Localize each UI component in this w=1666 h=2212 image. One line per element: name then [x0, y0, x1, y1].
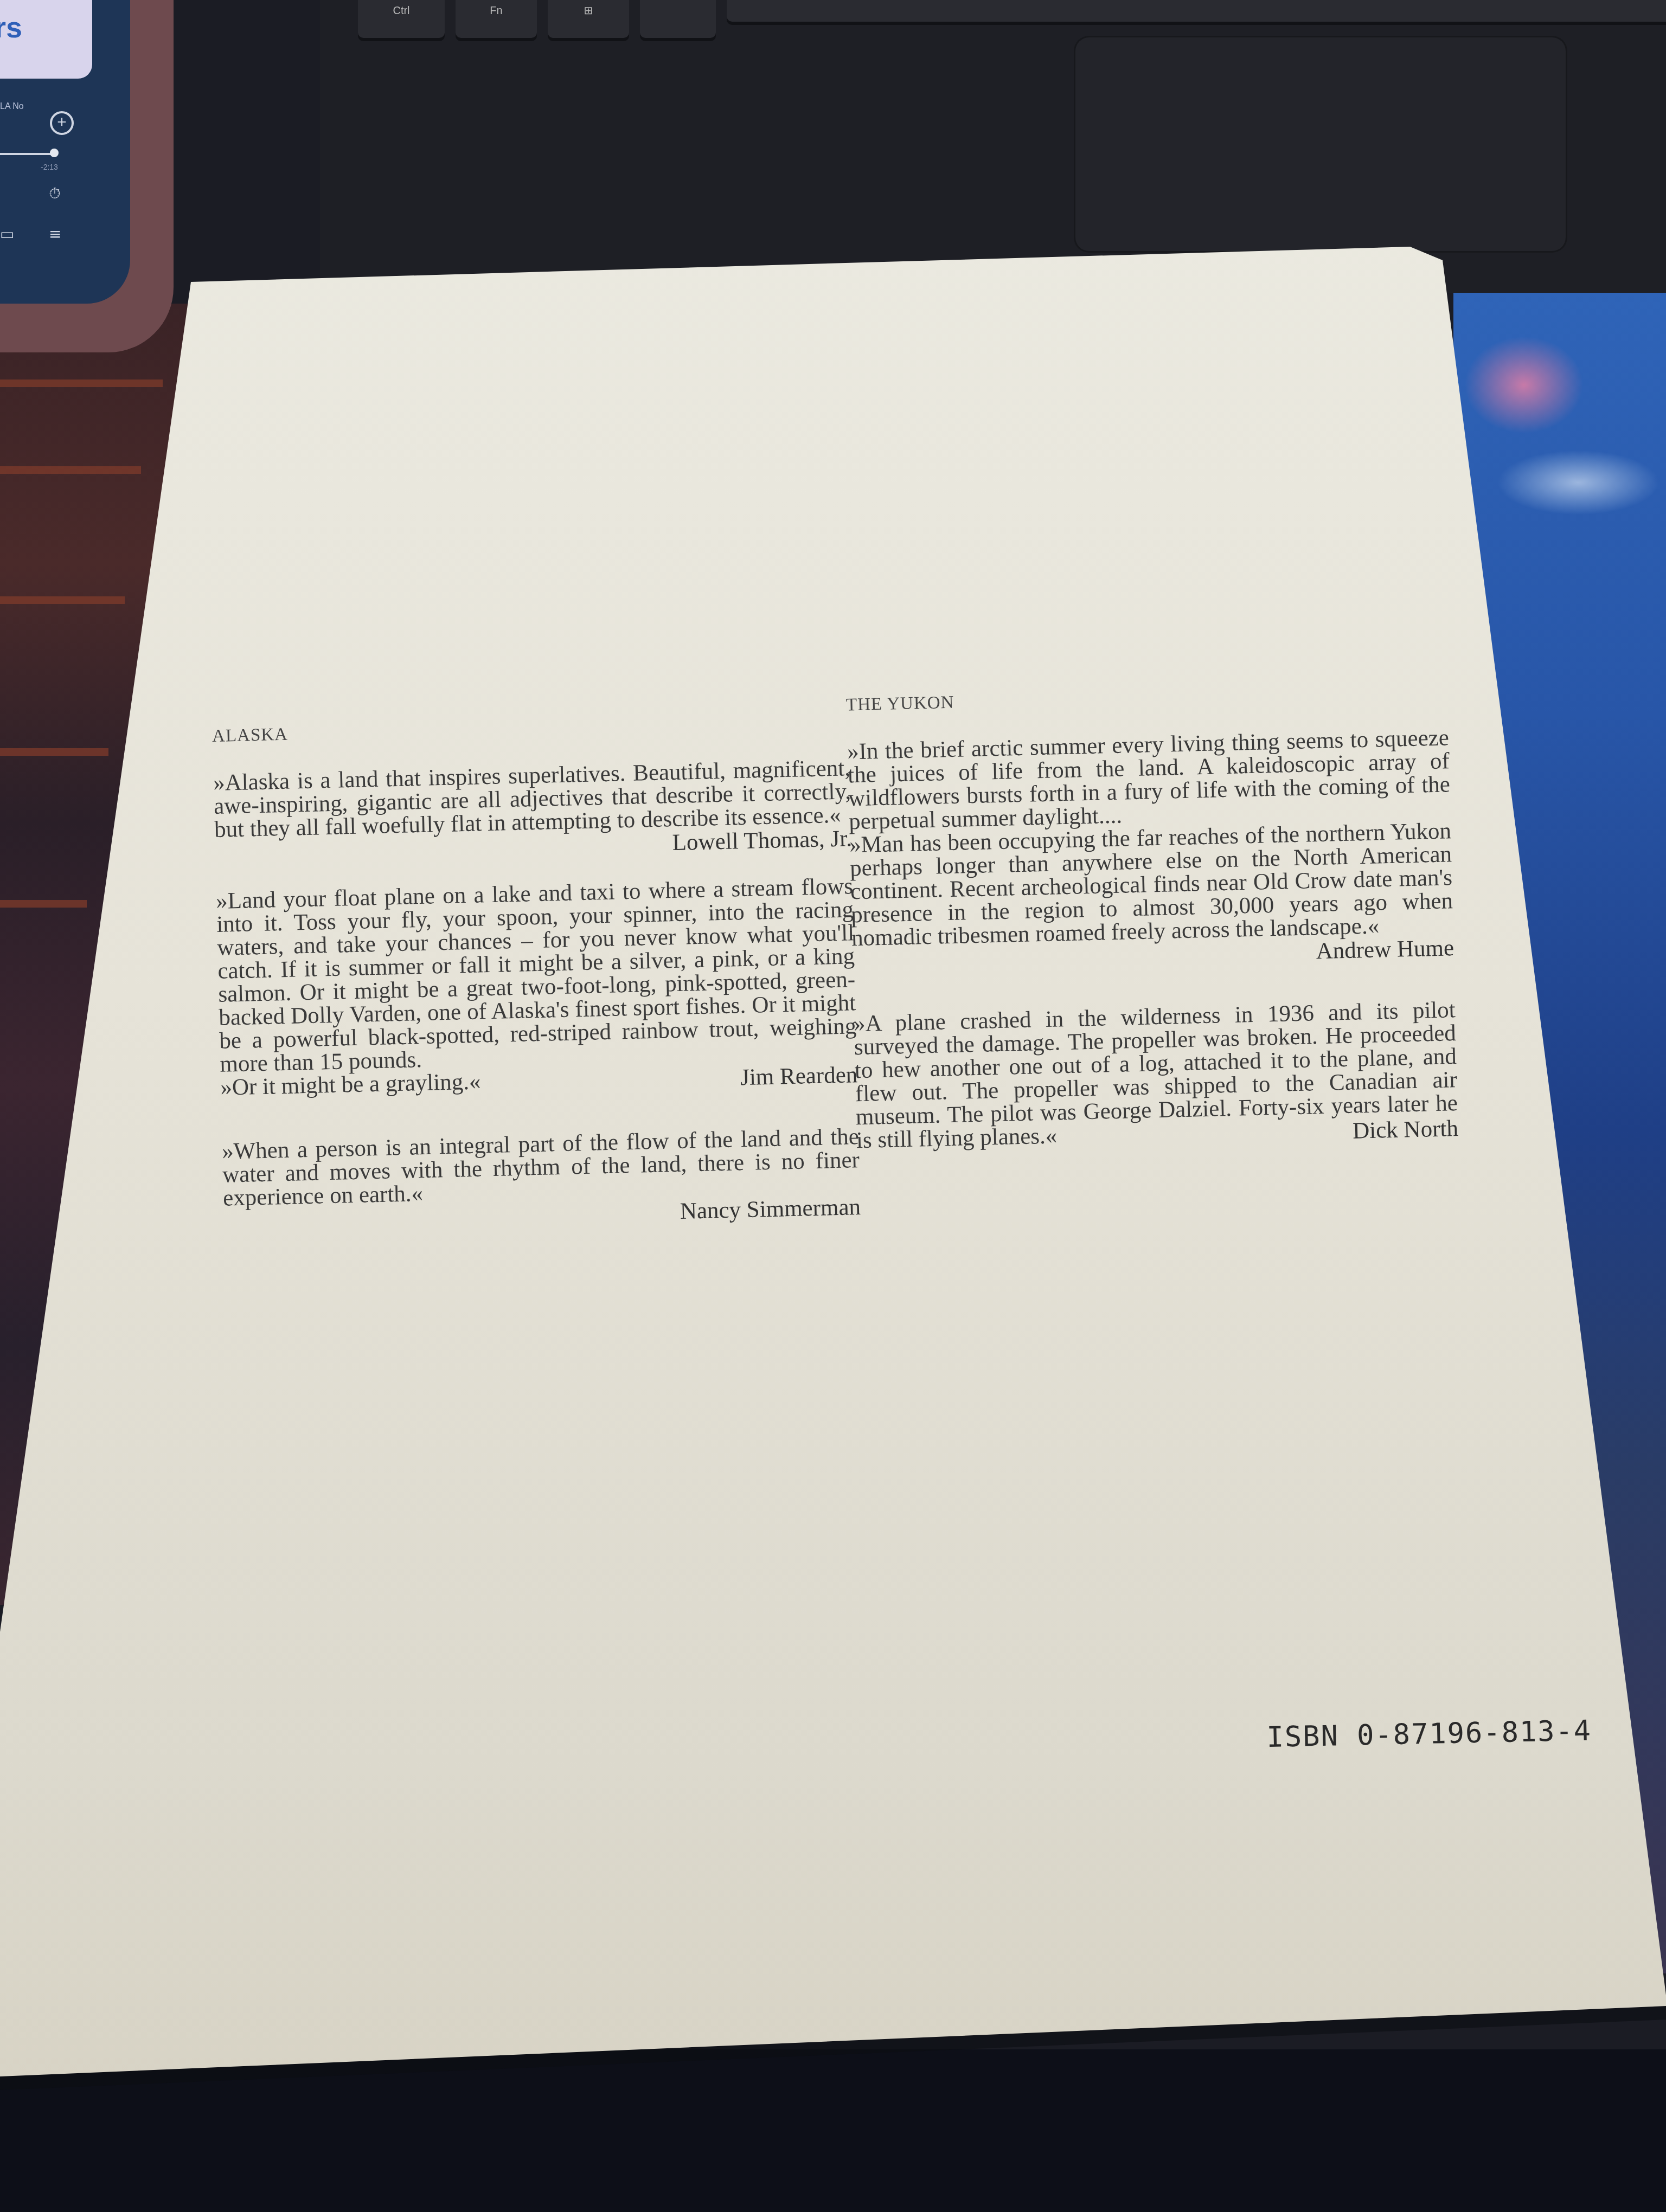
artist-label: LA No — [0, 102, 24, 112]
laptop-keyboard: Ctrl Fn ⊞ — [320, 0, 1666, 293]
quote-block: »Alaska is a land that inspires superlat… — [213, 756, 853, 866]
alaska-heading: ALASKA — [212, 711, 850, 747]
quote-block: »A plane crashed in the wilderness in 19… — [853, 998, 1458, 1155]
queue-icon[interactable]: ≡ — [49, 225, 61, 243]
album-title: rs — [0, 11, 22, 44]
phone[interactable]: rs LA No + -2:13 ⏱ ▭ ≡ — [0, 0, 174, 352]
add-circle-icon[interactable]: + — [50, 111, 74, 135]
playback-slider-thumb[interactable] — [50, 149, 59, 157]
alaska-column: ALASKA »Alaska is a land that inspires s… — [212, 711, 861, 1234]
cast-icon[interactable]: ▭ — [0, 225, 14, 243]
quote-text: »Man has been occupying the far reaches … — [849, 819, 1454, 950]
isbn-number: ISBN 0-87196-813-4 — [1266, 1714, 1592, 1754]
ctrl-key-label: Ctrl — [393, 5, 409, 17]
quote-block: »In the brief arctic summer every living… — [847, 726, 1454, 974]
quote-text: »Land your float plane on a lake and tax… — [216, 874, 857, 1076]
alt-key[interactable] — [640, 0, 716, 38]
yukon-column: THE YUKON »In the brief arctic summer ev… — [846, 681, 1459, 1155]
quote-text: »In the brief arctic summer every living… — [847, 726, 1451, 833]
timer-icon[interactable]: ⏱ — [49, 184, 61, 203]
phone-screen[interactable]: rs LA No + -2:13 ⏱ ▭ ≡ — [0, 0, 130, 304]
spacebar[interactable] — [727, 0, 1666, 22]
time-remaining: -2:13 — [41, 163, 58, 171]
pink-cloud-art — [1464, 336, 1584, 434]
trackpad[interactable] — [1074, 36, 1567, 253]
windows-key[interactable]: ⊞ — [548, 0, 629, 38]
quote-block: »When a person is an integral part of th… — [222, 1125, 861, 1234]
fn-key[interactable]: Fn — [456, 0, 537, 38]
cover-text: ALASKA »Alaska is a land that inspires s… — [212, 679, 1537, 1740]
ctrl-key[interactable]: Ctrl — [358, 0, 445, 38]
cloud-art — [1497, 450, 1659, 515]
fn-key-label: Fn — [490, 5, 502, 17]
album-art: rs — [0, 0, 92, 79]
quote-block: »Land your float plane on a lake and tax… — [216, 874, 858, 1102]
windows-icon: ⊞ — [584, 5, 593, 17]
playback-slider[interactable] — [0, 153, 54, 155]
